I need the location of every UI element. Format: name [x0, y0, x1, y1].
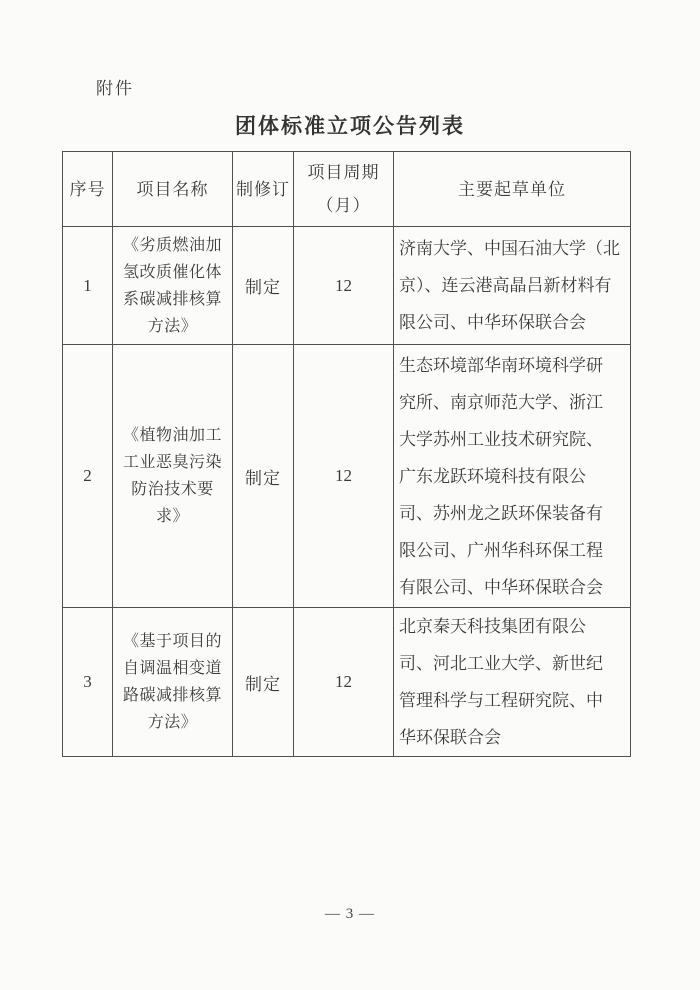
cell-revision-type: 制定 — [233, 227, 294, 345]
table-row: 3 《基于项目的 自调温相变道 路碳减排核算 方法》 制定 12 北京秦天科技集… — [63, 608, 631, 757]
header-project-name: 项目名称 — [113, 152, 233, 227]
document-page: 附件 团体标准立项公告列表 序号 项目名称 制修订 项目周期 （月） 主要起草单… — [0, 0, 700, 990]
page-number: — 3 — — [0, 906, 700, 923]
header-drafting-units: 主要起草单位 — [394, 152, 631, 227]
cell-index: 2 — [63, 345, 113, 608]
table-row: 2 《植物油加工 工业恶臭污染 防治技术要 求》 制定 12 生态环境部华南环境… — [63, 345, 631, 608]
cell-project-period: 12 — [294, 608, 394, 757]
cell-index: 1 — [63, 227, 113, 345]
header-index: 序号 — [63, 152, 113, 227]
cell-index: 3 — [63, 608, 113, 757]
cell-drafting-units: 北京秦天科技集团有限公 司、河北工业大学、新世纪 管理科学与工程研究院、中 华环… — [394, 608, 631, 757]
cell-project-name: 《基于项目的 自调温相变道 路碳减排核算 方法》 — [113, 608, 233, 757]
cell-project-period: 12 — [294, 227, 394, 345]
table-header-row: 序号 项目名称 制修订 项目周期 （月） 主要起草单位 — [63, 152, 631, 227]
project-table: 序号 项目名称 制修订 项目周期 （月） 主要起草单位 1 《劣质燃油加 氢改质… — [62, 151, 631, 757]
header-project-period: 项目周期 （月） — [294, 152, 394, 227]
cell-revision-type: 制定 — [233, 345, 294, 608]
cell-project-name: 《植物油加工 工业恶臭污染 防治技术要 求》 — [113, 345, 233, 608]
cell-drafting-units: 济南大学、中国石油大学（北 京）、连云港高晶吕新材料有 限公司、中华环保联合会 — [394, 227, 631, 345]
cell-project-name: 《劣质燃油加 氢改质催化体 系碳减排核算 方法》 — [113, 227, 233, 345]
cell-drafting-units: 生态环境部华南环境科学研 究所、南京师范大学、浙江 大学苏州工业技术研究院、 广… — [394, 345, 631, 608]
cell-project-period: 12 — [294, 345, 394, 608]
cell-revision-type: 制定 — [233, 608, 294, 757]
table-row: 1 《劣质燃油加 氢改质催化体 系碳减排核算 方法》 制定 12 济南大学、中国… — [63, 227, 631, 345]
attachment-label: 附件 — [96, 74, 134, 99]
page-title: 团体标准立项公告列表 — [0, 110, 700, 140]
header-revision-type: 制修订 — [233, 152, 294, 227]
